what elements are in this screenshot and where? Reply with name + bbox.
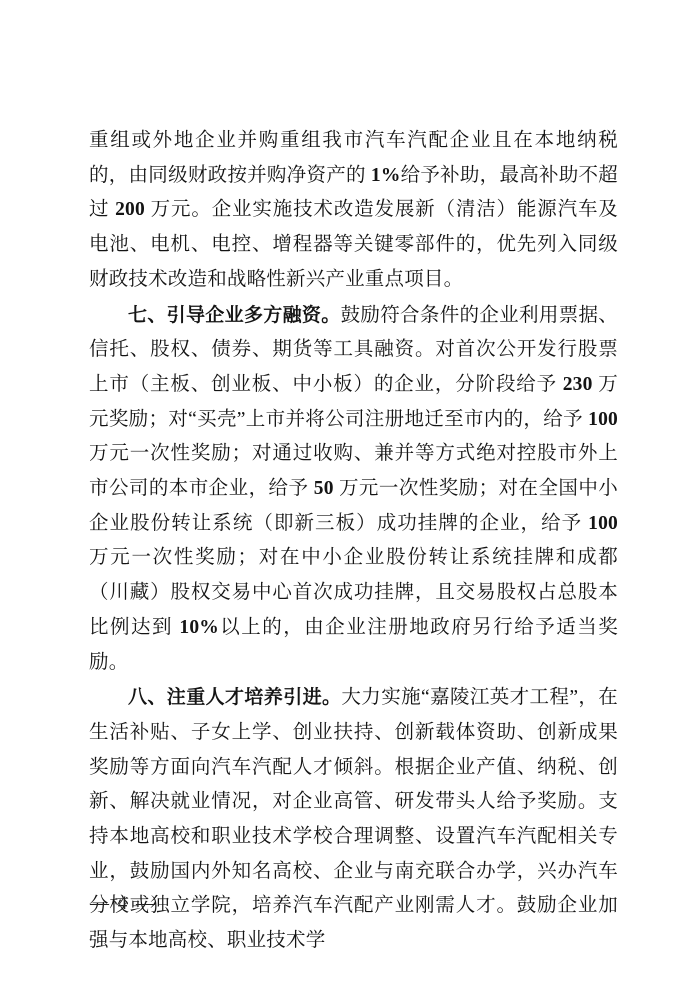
paragraph: 重组或外地企业并购重组我市汽车汽配企业且在本地纳税的，由同级财政按并购净资产的 …: [89, 124, 618, 298]
page-number: — 4 —: [90, 893, 157, 915]
document-body: 重组或外地企业并购重组我市汽车汽配企业且在本地纳税的，由同级财政按并购净资产的 …: [89, 124, 618, 959]
text-run: 万元。企业实施技术改造发展新（清洁）能源汽车及电池、电机、电控、增程器等关键零部…: [89, 199, 618, 289]
text-run: 50: [314, 478, 334, 499]
text-run: 大力实施“嘉陵江英才工程”，在生活补贴、子女上学、创业扶持、创新载体资助、创新成…: [89, 687, 618, 951]
section-heading: 七、引导企业多方融资。: [128, 304, 341, 326]
section-heading: 八、注重人才培养引进。: [128, 686, 341, 708]
paragraph: 七、引导企业多方融资。鼓励符合条件的企业利用票据、信托、股权、债券、期货等工具融…: [89, 298, 618, 681]
paragraph: 八、注重人才培养引进。大力实施“嘉陵江英才工程”，在生活补贴、子女上学、创业扶持…: [89, 680, 618, 959]
text-run: 100: [588, 513, 618, 534]
document-page: 重组或外地企业并购重组我市汽车汽配企业且在本地纳税的，由同级财政按并购净资产的 …: [0, 0, 700, 990]
text-run: 200: [115, 199, 145, 220]
text-run: 10%: [179, 617, 219, 638]
text-run: 100: [588, 409, 618, 430]
text-run: 1%: [371, 165, 401, 186]
text-run: 230: [563, 374, 593, 395]
